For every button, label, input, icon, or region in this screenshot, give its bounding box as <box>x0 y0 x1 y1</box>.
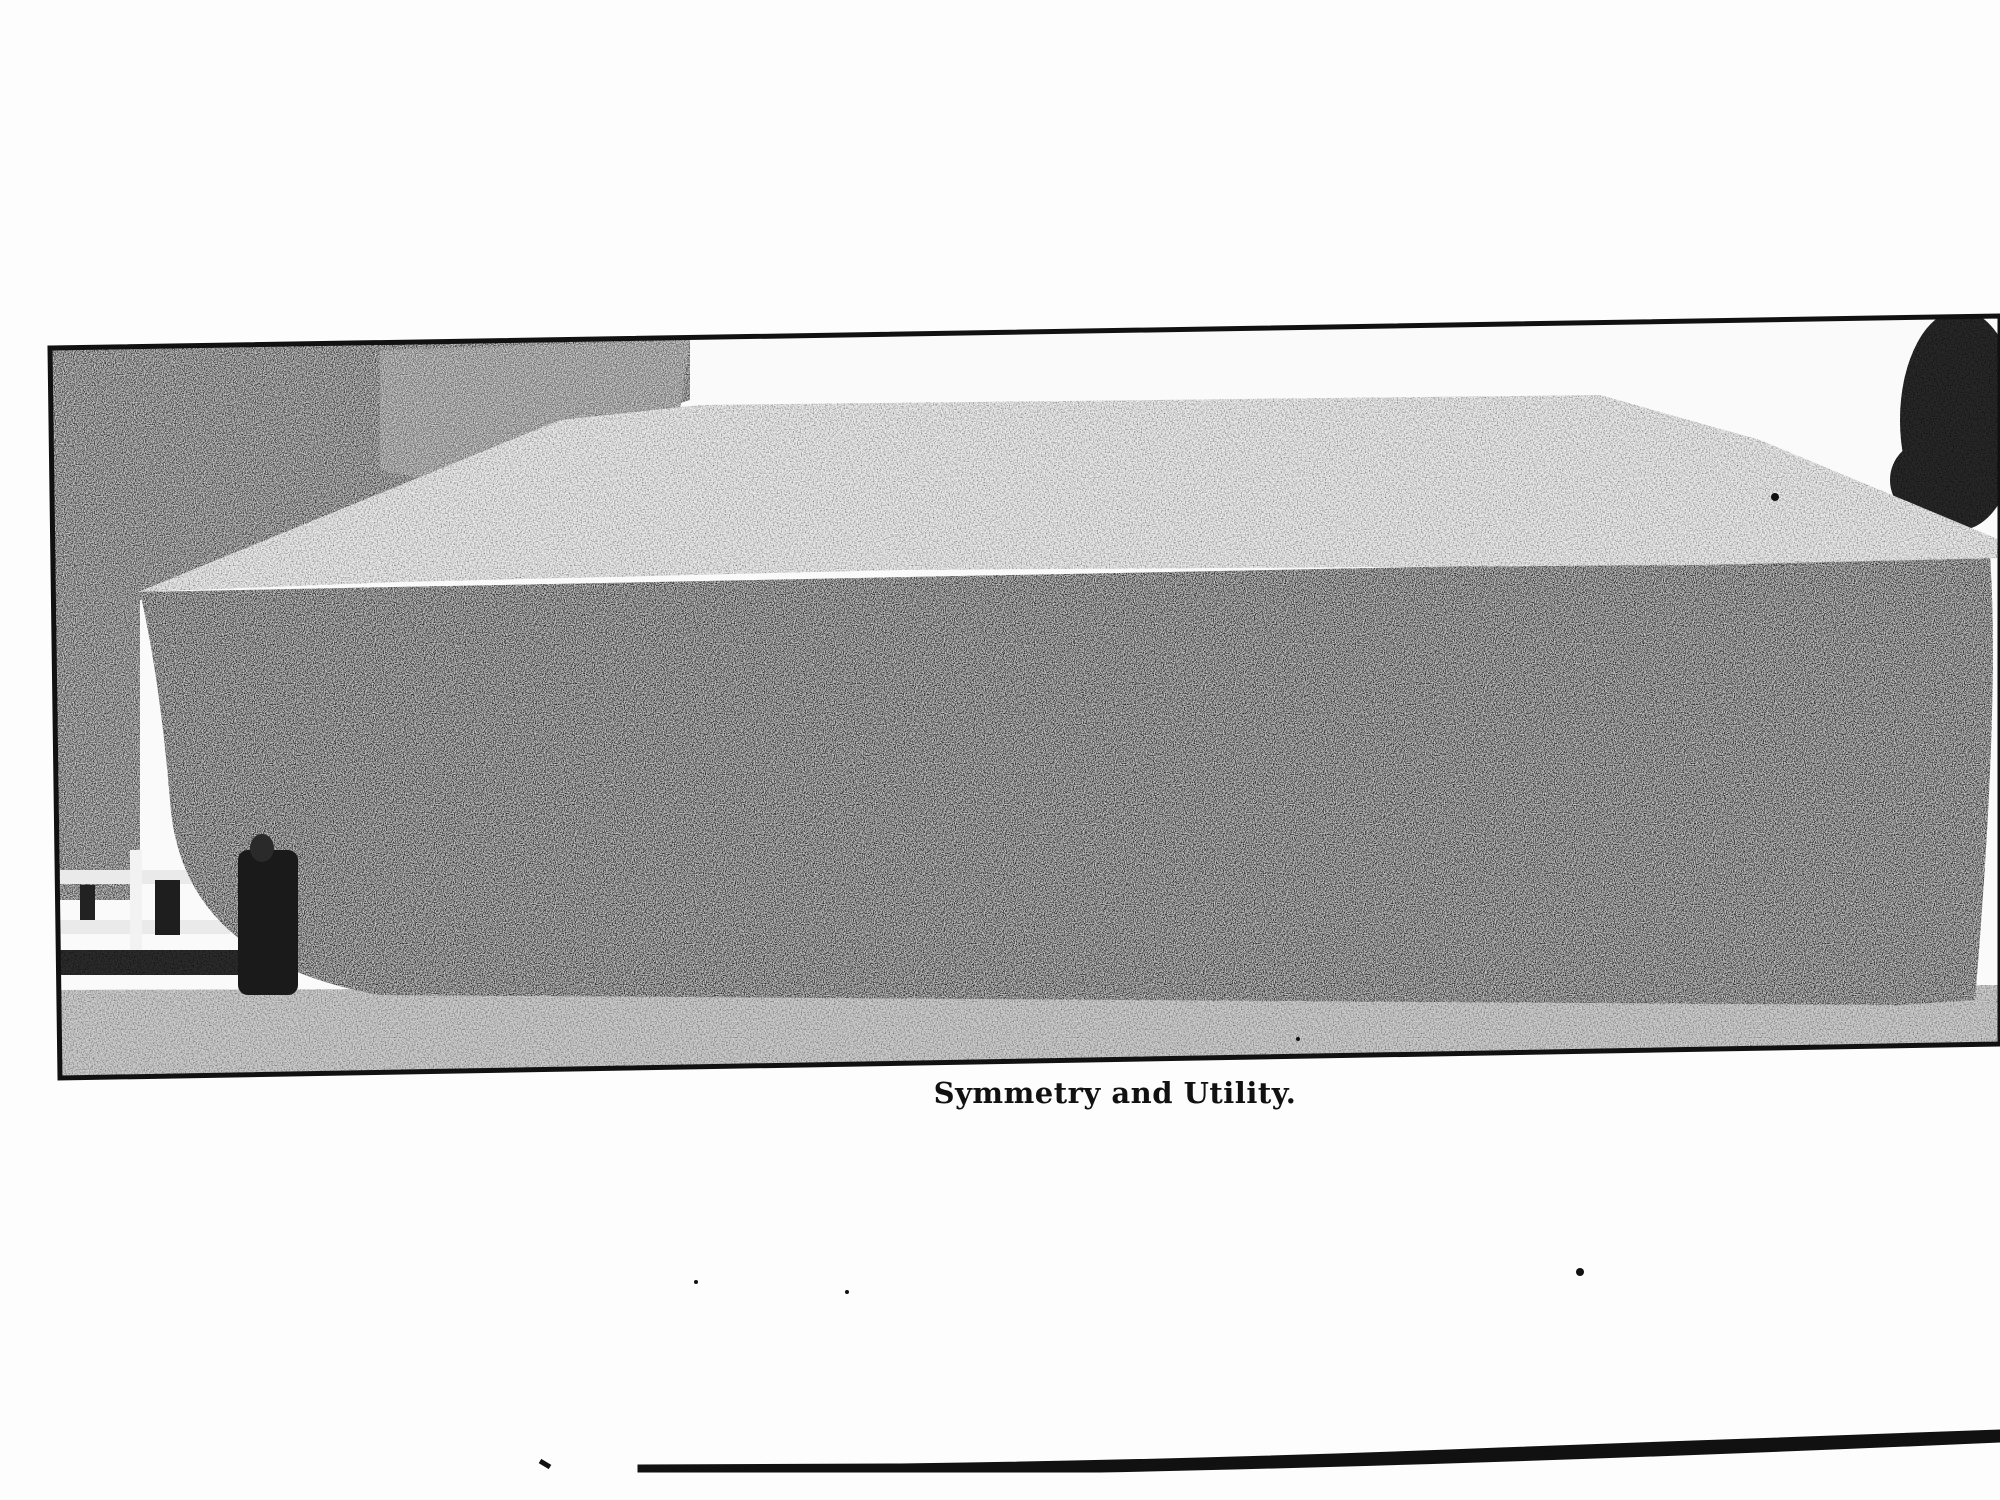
photograph <box>0 0 2000 1500</box>
haystack-body <box>140 556 1993 1005</box>
page-edge-smudge <box>540 1432 2000 1470</box>
person <box>238 834 298 995</box>
photo-caption: Symmetry and Utility. <box>0 1076 2000 1110</box>
